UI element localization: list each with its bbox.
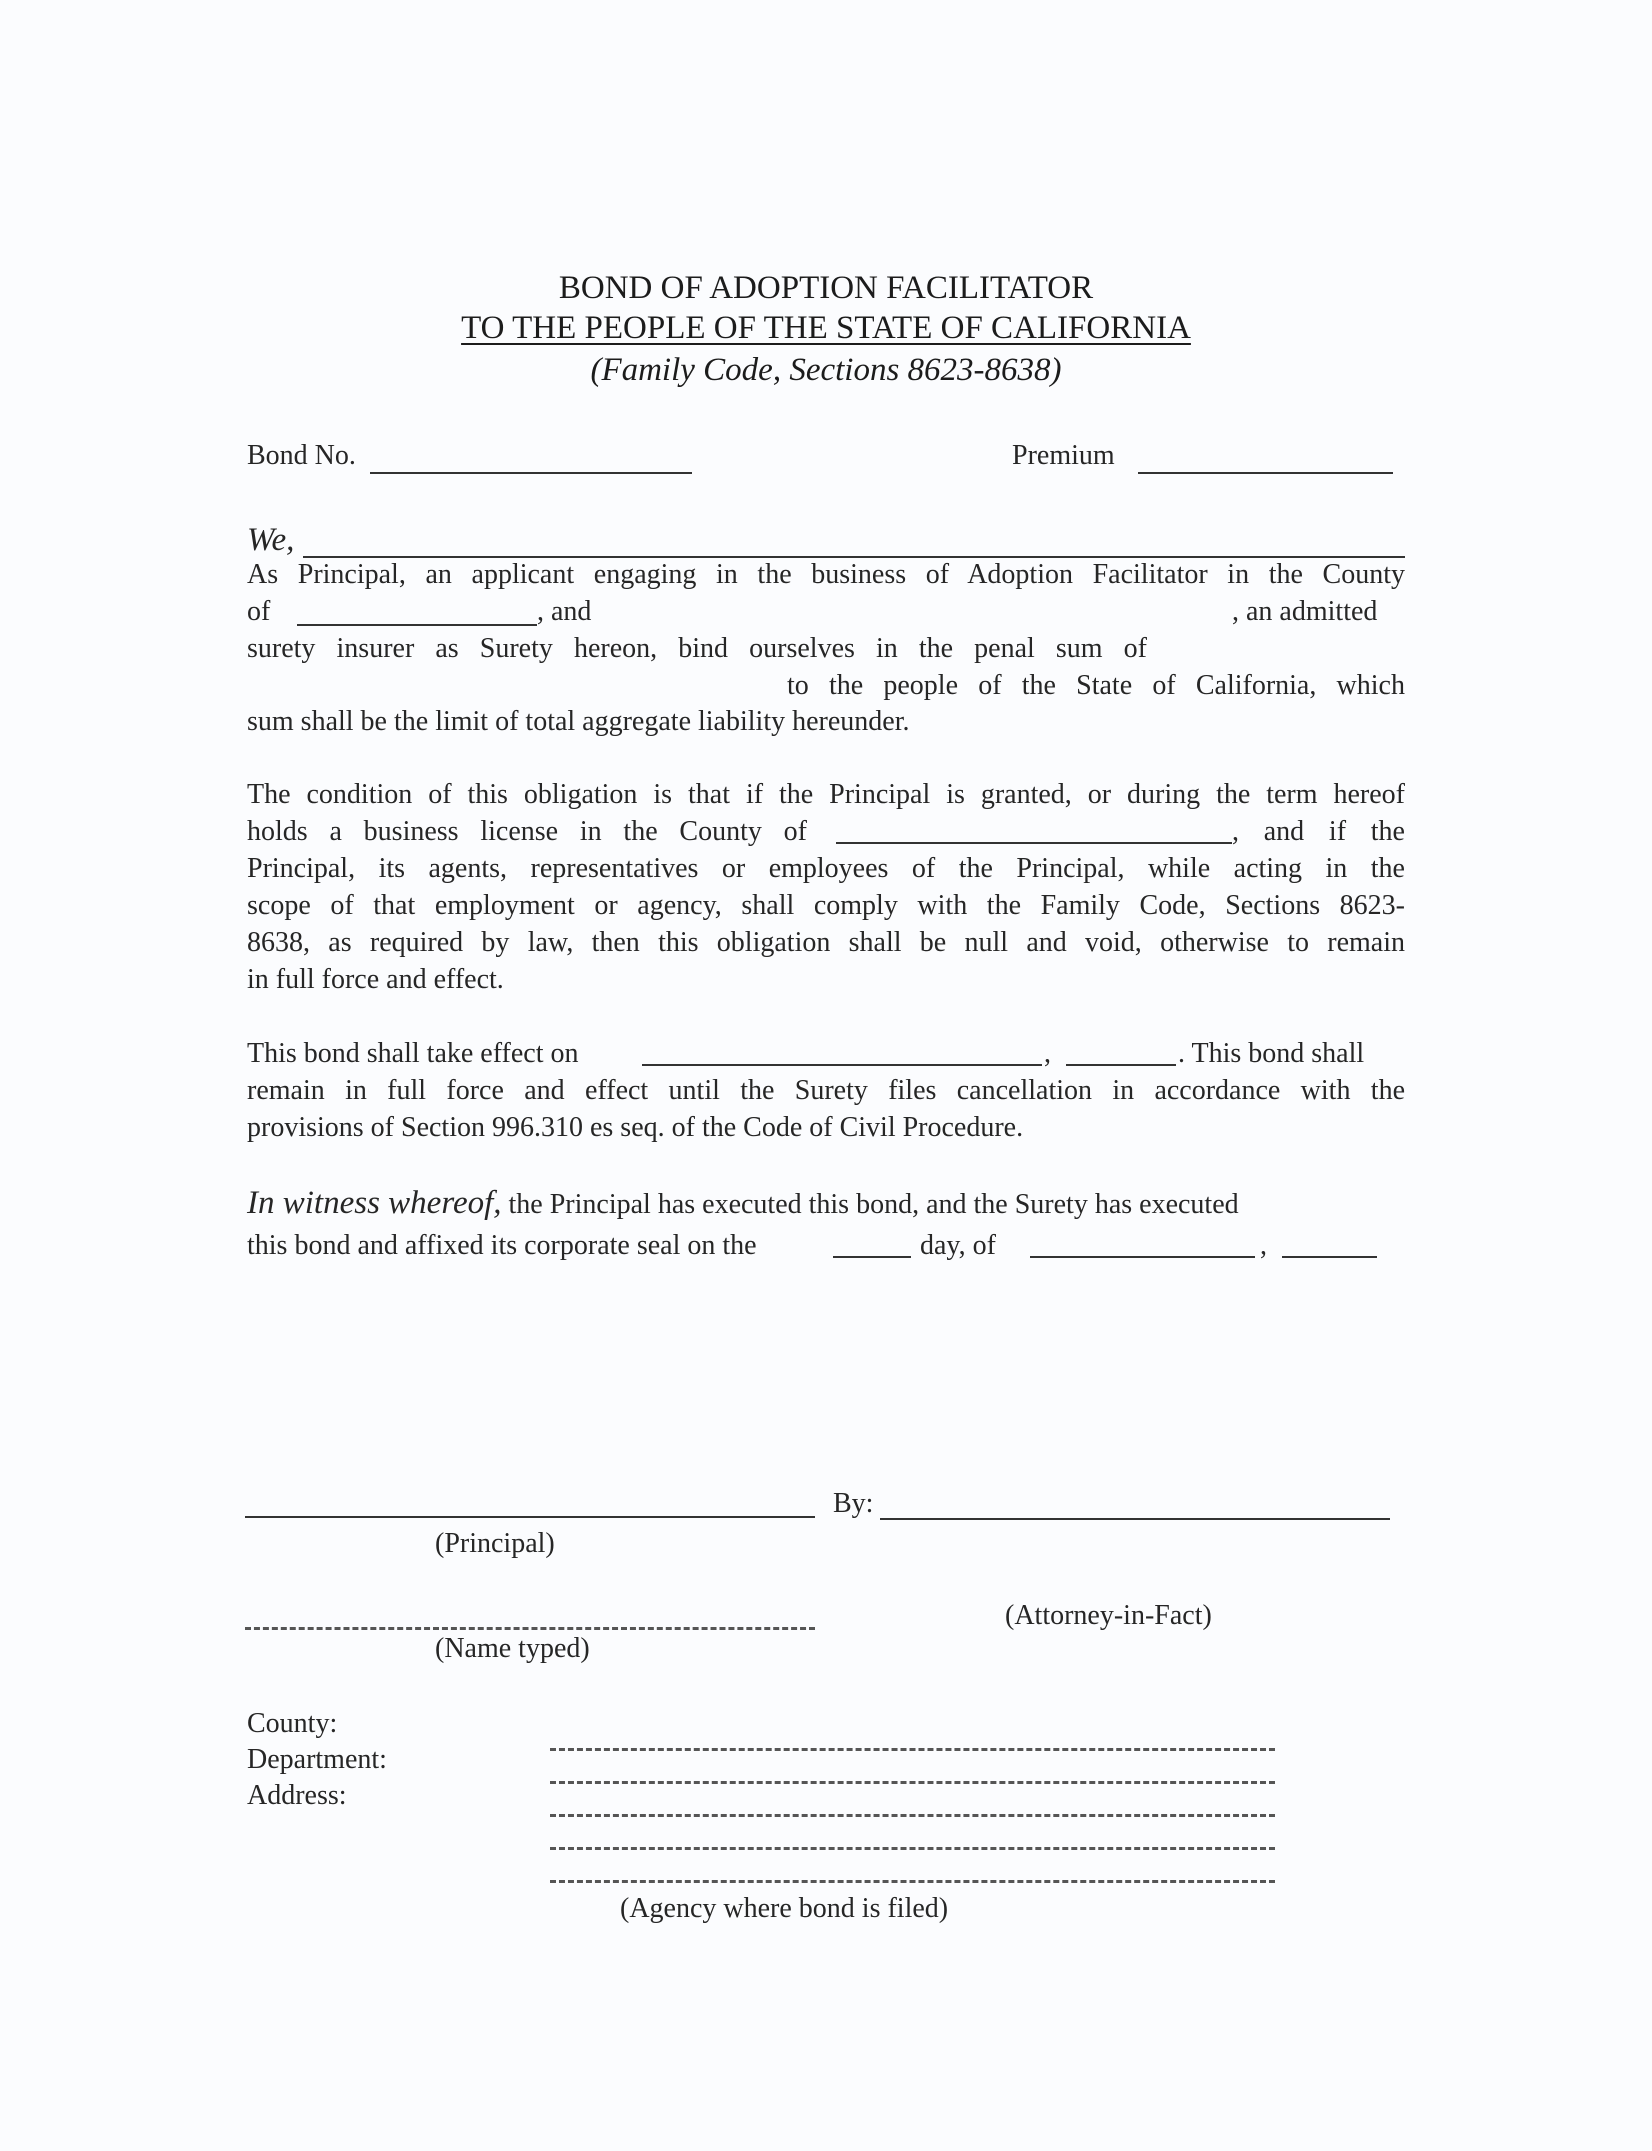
agency-department-label: Department: [247,1741,387,1778]
witness-line1: In witness whereof, the Principal has ex… [247,1185,1239,1223]
witness-day-field[interactable] [833,1232,911,1258]
statute-reference: (Family Code, Sections 8623-8638) [0,350,1652,390]
principal-signature-field[interactable] [245,1490,815,1518]
principal-label: (Principal) [435,1525,555,1562]
effective-year-field[interactable] [1066,1040,1176,1066]
condition-line1: The condition of this obligation is that… [247,776,1405,813]
bond-no-label: Bond No. [247,437,356,474]
witness-italic-lead: In witness whereof, [247,1185,502,1221]
premium-label: Premium [1012,437,1115,474]
agency-line-1[interactable] [550,1732,1275,1751]
condition-line2-end: , and if the [1232,813,1405,850]
surety-field[interactable] [660,596,1220,626]
witness-month-field[interactable] [1030,1232,1255,1258]
premium-field[interactable] [1138,448,1393,474]
document-title: BOND OF ADOPTION FACILITATOR [0,268,1652,308]
agency-line-4[interactable] [550,1831,1275,1850]
agency-line-5[interactable] [550,1864,1275,1883]
principal-clause-line1: As Principal, an applicant engaging in t… [247,556,1405,593]
effect-line1-start: This bond shall take effect on [247,1035,579,1072]
day-of-label: day, of [920,1227,996,1264]
and-label: , and [537,593,591,630]
effect-line3: provisions of Section 996.310 es seq. of… [247,1109,1023,1146]
condition-line2-start: holds a business license in the County o… [247,813,807,850]
effect-line1-end: . This bond shall [1178,1035,1364,1072]
by-label: By: [833,1485,873,1522]
witness-line2-start: this bond and affixed its corporate seal… [247,1227,757,1264]
attorney-signature-field[interactable] [880,1492,1390,1520]
name-typed-field[interactable] [245,1607,815,1630]
attorney-in-fact-label: (Attorney-in-Fact) [1005,1597,1212,1634]
document-subtitle: TO THE PEOPLE OF THE STATE OF CALIFORNIA [0,308,1652,348]
principal-clause-line3: surety insurer as Surety hereon, bind ou… [247,630,1147,667]
agency-caption: (Agency where bond is filed) [620,1890,948,1927]
of-label: of [247,593,270,630]
document-subtitle-text: TO THE PEOPLE OF THE STATE OF CALIFORNIA [461,310,1191,346]
principal-clause-line5: sum shall be the limit of total aggregat… [247,703,909,740]
effective-date-field[interactable] [642,1040,1042,1066]
witness-line1-rest: the Principal has executed this bond, an… [509,1189,1239,1220]
comma: , [1044,1035,1051,1072]
principal-clause-line4: to the people of the State of California… [787,667,1405,704]
name-typed-label: (Name typed) [435,1630,590,1667]
principal-name-field[interactable] [303,530,1405,558]
we-label: We, [247,522,294,559]
comma-2: , [1260,1227,1267,1264]
condition-line3: Principal, its agents, representatives o… [247,850,1405,887]
agency-line-3[interactable] [550,1798,1275,1817]
county-field[interactable] [297,600,537,626]
condition-line6: in full force and effect. [247,961,504,998]
condition-county-field[interactable] [836,818,1232,844]
effect-line2: remain in full force and effect until th… [247,1072,1405,1109]
condition-line5: 8638, as required by law, then this obli… [247,924,1405,961]
penal-sum-field[interactable] [247,665,777,697]
agency-line-2[interactable] [550,1765,1275,1784]
condition-line4: scope of that employment or agency, shal… [247,887,1405,924]
admitted-label: , an admitted [1232,593,1377,630]
agency-address-label: Address: [247,1777,347,1814]
agency-county-label: County: [247,1705,337,1742]
witness-year-field[interactable] [1282,1232,1377,1258]
bond-no-field[interactable] [370,448,692,474]
